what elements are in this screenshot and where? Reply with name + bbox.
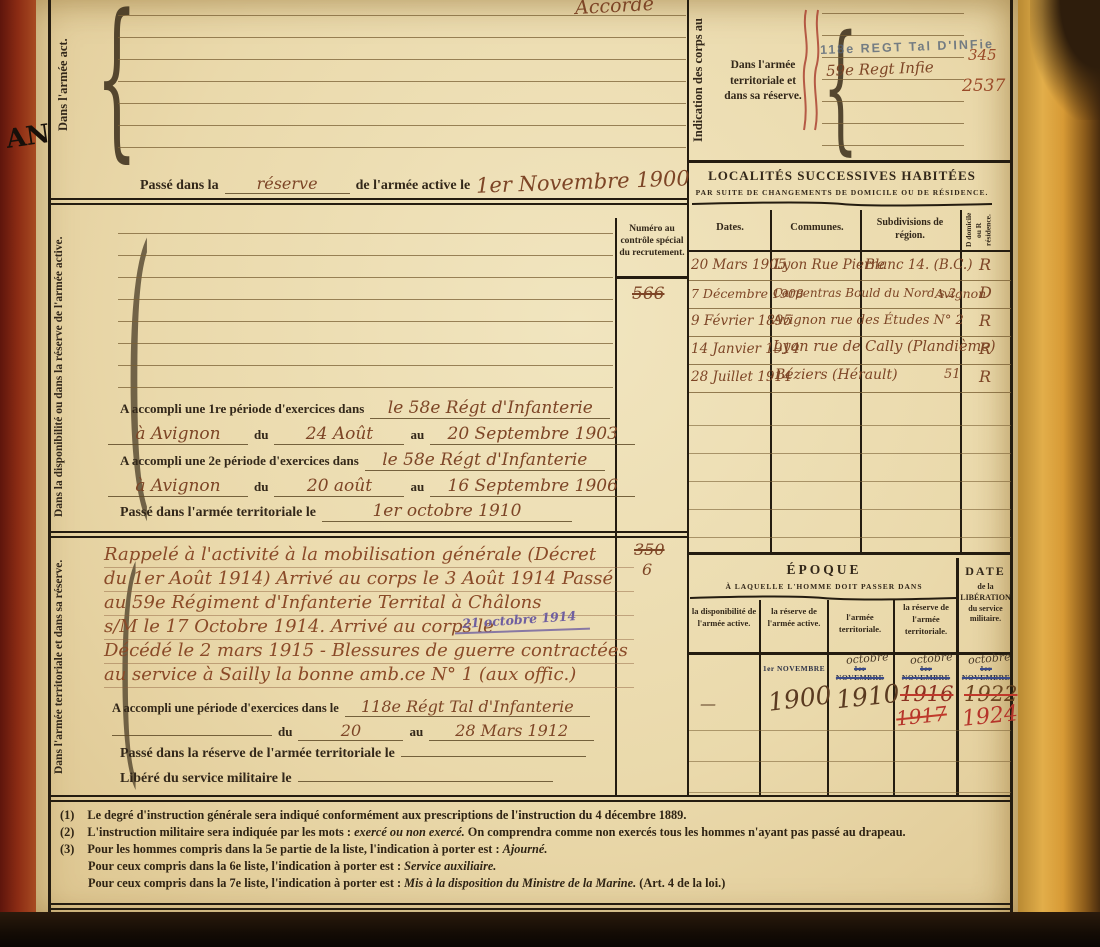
numero-col-line (615, 218, 617, 797)
localites-row-4: 14 Janvier 1914 Lyon rue de Cally (Pland… (689, 337, 1011, 365)
epoque-subtitle: À LAQUELLE L'HOMME DOIT PASSER DANS (690, 582, 958, 591)
numero-value-bottom: 6 (642, 560, 652, 579)
periode3-blank (112, 735, 272, 736)
recit-line-5: Décédé le 2 mars 1915 - Blessures de gue… (104, 640, 634, 664)
footnote-2: (2) L'instruction militaire sera indiqué… (60, 825, 906, 840)
periode1-hand-fin: 20 Septembre 1903 (430, 424, 635, 445)
footnotes-bottom-line (48, 903, 1013, 910)
periode3-hand-fin: 28 Mars 1912 (429, 721, 594, 741)
passe-reserve-territoriale-blank (401, 756, 586, 757)
periode1-du: du (254, 427, 268, 443)
corps-bottom-border (687, 160, 1013, 163)
corps-ruled-lines (822, 0, 964, 160)
section-active-ruled-lines (118, 0, 686, 162)
form-left-border (48, 0, 51, 912)
row3-dr: R (979, 311, 991, 330)
recit-line-2: du 1er Août 1914) Arrivé au corps le 3 A… (104, 568, 634, 592)
footnote-5-b: Mis à la disposition du Ministre de la M… (404, 876, 636, 890)
corps-side-label: Indication des corps au (691, 0, 709, 160)
periode2-au: au (410, 479, 424, 495)
footnote-2-num: (2) (60, 825, 74, 839)
passe-hand-date: 1er Novembre 1900 (476, 166, 690, 197)
localites-title: LOCALITÉS SUCCESSIVES HABITÉES (692, 168, 992, 184)
epoque-date-subtitle: de la LIBÉRATION du service militaire. (958, 582, 1013, 625)
footnote-3-num: (3) (60, 842, 74, 856)
footnote-4-b: Service auxiliaire. (404, 859, 496, 873)
passe-label-2: de l'armée active le (356, 178, 471, 194)
periode1-printed: A accompli une 1re période d'exercices d… (120, 401, 364, 417)
margin-mark: AN (4, 119, 52, 155)
localites-row-3: 9 Février 1895 Avignon rue des Études N°… (689, 309, 1011, 337)
recit-line-6: au service à Sailly la bonne amb.ce N° 1… (104, 664, 634, 688)
periode2-printed: A accompli une 2e période d'exercices da… (120, 453, 359, 469)
periode1-hand-lieu: à Avignon (108, 424, 248, 445)
numero-value-top: 566 (632, 284, 664, 304)
footnote-2-a: L'instruction militaire sera indiquée pa… (87, 825, 354, 839)
epoque-title: ÉPOQUE (690, 562, 958, 578)
periode1-line2: à Avignon du 24 Août au 20 Septembre 190… (108, 424, 635, 445)
periode1-au: au (410, 427, 424, 443)
epoque-date-title: DATE (958, 564, 1013, 579)
periode1-hand-regiment: le 58e Régt d'Infanterie (370, 398, 610, 419)
periode3-printed: A accompli une période d'exercices dans … (112, 701, 339, 716)
localites-header-dr: D domicile ou R résidence. (964, 208, 1006, 252)
periode2-hand-regiment: le 58e Régt d'Infanterie (365, 450, 605, 471)
numero-header-underline (616, 276, 687, 279)
footnote-2-b: exercé ou non exercé. (354, 825, 465, 839)
libere-label: Libéré du service militaire le (120, 771, 292, 787)
footnote-5-a: Pour ceux compris dans la 7e liste, l'in… (88, 876, 404, 890)
footnote-3: (3) Pour les hommes compris dans la 5e p… (60, 842, 547, 857)
footnote-4: Pour ceux compris dans la 6e liste, l'in… (88, 859, 496, 874)
periode2-hand-lieu: à Avignon (108, 476, 248, 497)
regiment-hand: 59e Regt Infie (826, 58, 934, 80)
passe-territoriale-hand: 1er octobre 1910 (322, 501, 572, 522)
periode3-hand-regiment: 118e Régt Tal d'Infanterie (345, 697, 590, 717)
localites-empty-rows (689, 398, 1011, 550)
epoque-wavy-rule (690, 594, 956, 602)
corps-num1: 345 (968, 46, 997, 64)
row1-date: 20 Mars 1905 (691, 257, 786, 273)
footnote-5-c: (Art. 4 de la loi.) (636, 876, 725, 890)
section-dispo-ruled-lines (118, 212, 613, 397)
epoque-printed-date-c3: 1er NOVEMBRE (830, 664, 890, 682)
localites-header-underline (689, 250, 1013, 252)
footnote-2-c: On comprendra comme non exercés tous les… (465, 825, 906, 839)
passe-territoriale-line: Passé dans l'armée territoriale le 1er o… (120, 501, 572, 522)
footnote-1-num: (1) (60, 808, 74, 822)
epoque-col2-header: la réserve de l'armée active. (762, 606, 826, 630)
localites-header-dates: Dates. (690, 222, 770, 233)
periode1-hand-debut: 24 Août (274, 424, 404, 445)
localites-header-communes: Communes. (774, 222, 860, 233)
epoque-col3-header: l'armée territoriale. (830, 612, 890, 636)
row1-dr: R (979, 255, 991, 274)
epoque-printed-date-c4: 1er NOVEMBRE (896, 664, 956, 682)
passe-reserve-active-line: Passé dans la réserve de l'armée active … (140, 170, 690, 194)
red-squiggle-marks (800, 8, 826, 133)
section-dispo-side-label: Dans la disponibilité ou dans la réserve… (52, 222, 86, 532)
book-bottom-edge (0, 912, 1100, 947)
periode2-hand-fin: 16 Septembre 1906 (430, 476, 635, 497)
numero-value-bottom-struck: 350 (634, 540, 665, 559)
periode3-line2: du 20 au 28 Mars 1912 (112, 721, 594, 741)
epoque-empty-rows (689, 700, 1011, 795)
localites-row-1: 20 Mars 1905 Lyon Rue Pierre Blanc 14. (… (689, 253, 1011, 281)
passe-reserve-territoriale-label: Passé dans la réserve de l'armée territo… (120, 746, 395, 762)
row1-subdivision: Blanc 14. (B.C.) (865, 257, 972, 273)
periode3-line1: A accompli une période d'exercices dans … (112, 697, 590, 717)
passe-reserve-territoriale-line: Passé dans la réserve de l'armée territo… (120, 746, 586, 762)
recit-line-1: Rappelé à l'activité à la mobilisation g… (104, 544, 634, 568)
corner-shadow (1030, 0, 1100, 120)
section-territoriale-side-label: Dans l'armée territoriale et dans sa rés… (52, 552, 86, 782)
row4-dr: R (979, 339, 991, 358)
row3-commune: Avignon rue des Études N° 2 (773, 313, 964, 328)
periode3-au: au (409, 724, 423, 740)
localites-header-subdivisions: Subdivisions de région. (864, 216, 956, 242)
corps-inner-label: Dans l'armée territoriale et dans sa rés… (722, 58, 804, 105)
divider-2 (48, 531, 688, 538)
localites-wavy-rule (692, 200, 992, 208)
periode2-line2: à Avignon du 20 août au 16 Septembre 190… (108, 476, 635, 497)
epoque-col1-header: la disponibilité de l'armée active. (690, 606, 758, 630)
localites-bottom-border (687, 552, 1013, 555)
book-binding-right (1018, 0, 1100, 947)
footnote-3-a: Pour les hommes compris dans la 5e parti… (87, 842, 502, 856)
periode2-hand-debut: 20 août (274, 476, 404, 497)
footnote-3-b: Ajourné. (503, 842, 548, 856)
epoque-printed-date-c2: 1er NOVEMBRE (762, 664, 826, 673)
row2-dr: D (979, 283, 992, 302)
periode2-line1: A accompli une 2e période d'exercices da… (120, 450, 605, 471)
row5-dr: R (979, 367, 991, 386)
periode2-du: du (254, 479, 268, 495)
localites-row-5: 28 Juillet 1914 Béziers (Hérault) 51 R (689, 365, 1011, 393)
row5-commune: Béziers (Hérault) (775, 367, 898, 383)
numero-header: Numéro au contrôle spécial du recrutemen… (618, 224, 686, 260)
periode1-line1: A accompli une 1re période d'exercices d… (120, 398, 610, 419)
localites-row-2: 7 Décembre 1908 Carpentras Bould du Nord… (689, 281, 1011, 309)
libere-blank (298, 781, 553, 782)
scanned-register-page: AN Dans l'armée act. Accordé Passé dans … (0, 0, 1100, 947)
footnote-5: Pour ceux compris dans la 7e liste, l'in… (88, 876, 725, 891)
section-active-side-label: Dans l'armée act. (56, 0, 74, 170)
passe-territoriale-printed: Passé dans l'armée territoriale le (120, 505, 316, 521)
footnote-1: (1) Le degré d'instruction générale sera… (60, 808, 686, 823)
periode3-hand-debut: 20 (298, 721, 403, 741)
periode3-du: du (278, 724, 292, 740)
localites-subtitle: PAR SUITE DE CHANGEMENTS DE DOMICILE OU … (692, 188, 992, 197)
libere-line: Libéré du service militaire le (120, 771, 553, 787)
epoque-col4-header: la réserve de l'armée territoriale. (896, 602, 956, 638)
row2-commune: Carpentras Bould du Nord s.2 (773, 286, 956, 300)
row4-commune: Lyon rue de Cally (Plandième) (773, 339, 996, 355)
row5-subdivision: 51 (944, 367, 961, 382)
footnote-1-a: Le degré d'instruction générale sera ind… (87, 808, 686, 822)
corps-num2: 2537 (962, 76, 1005, 96)
footnote-4-a: Pour ceux compris dans la 6e liste, l'in… (88, 859, 404, 873)
passe-hand-reserve: réserve (225, 174, 350, 194)
